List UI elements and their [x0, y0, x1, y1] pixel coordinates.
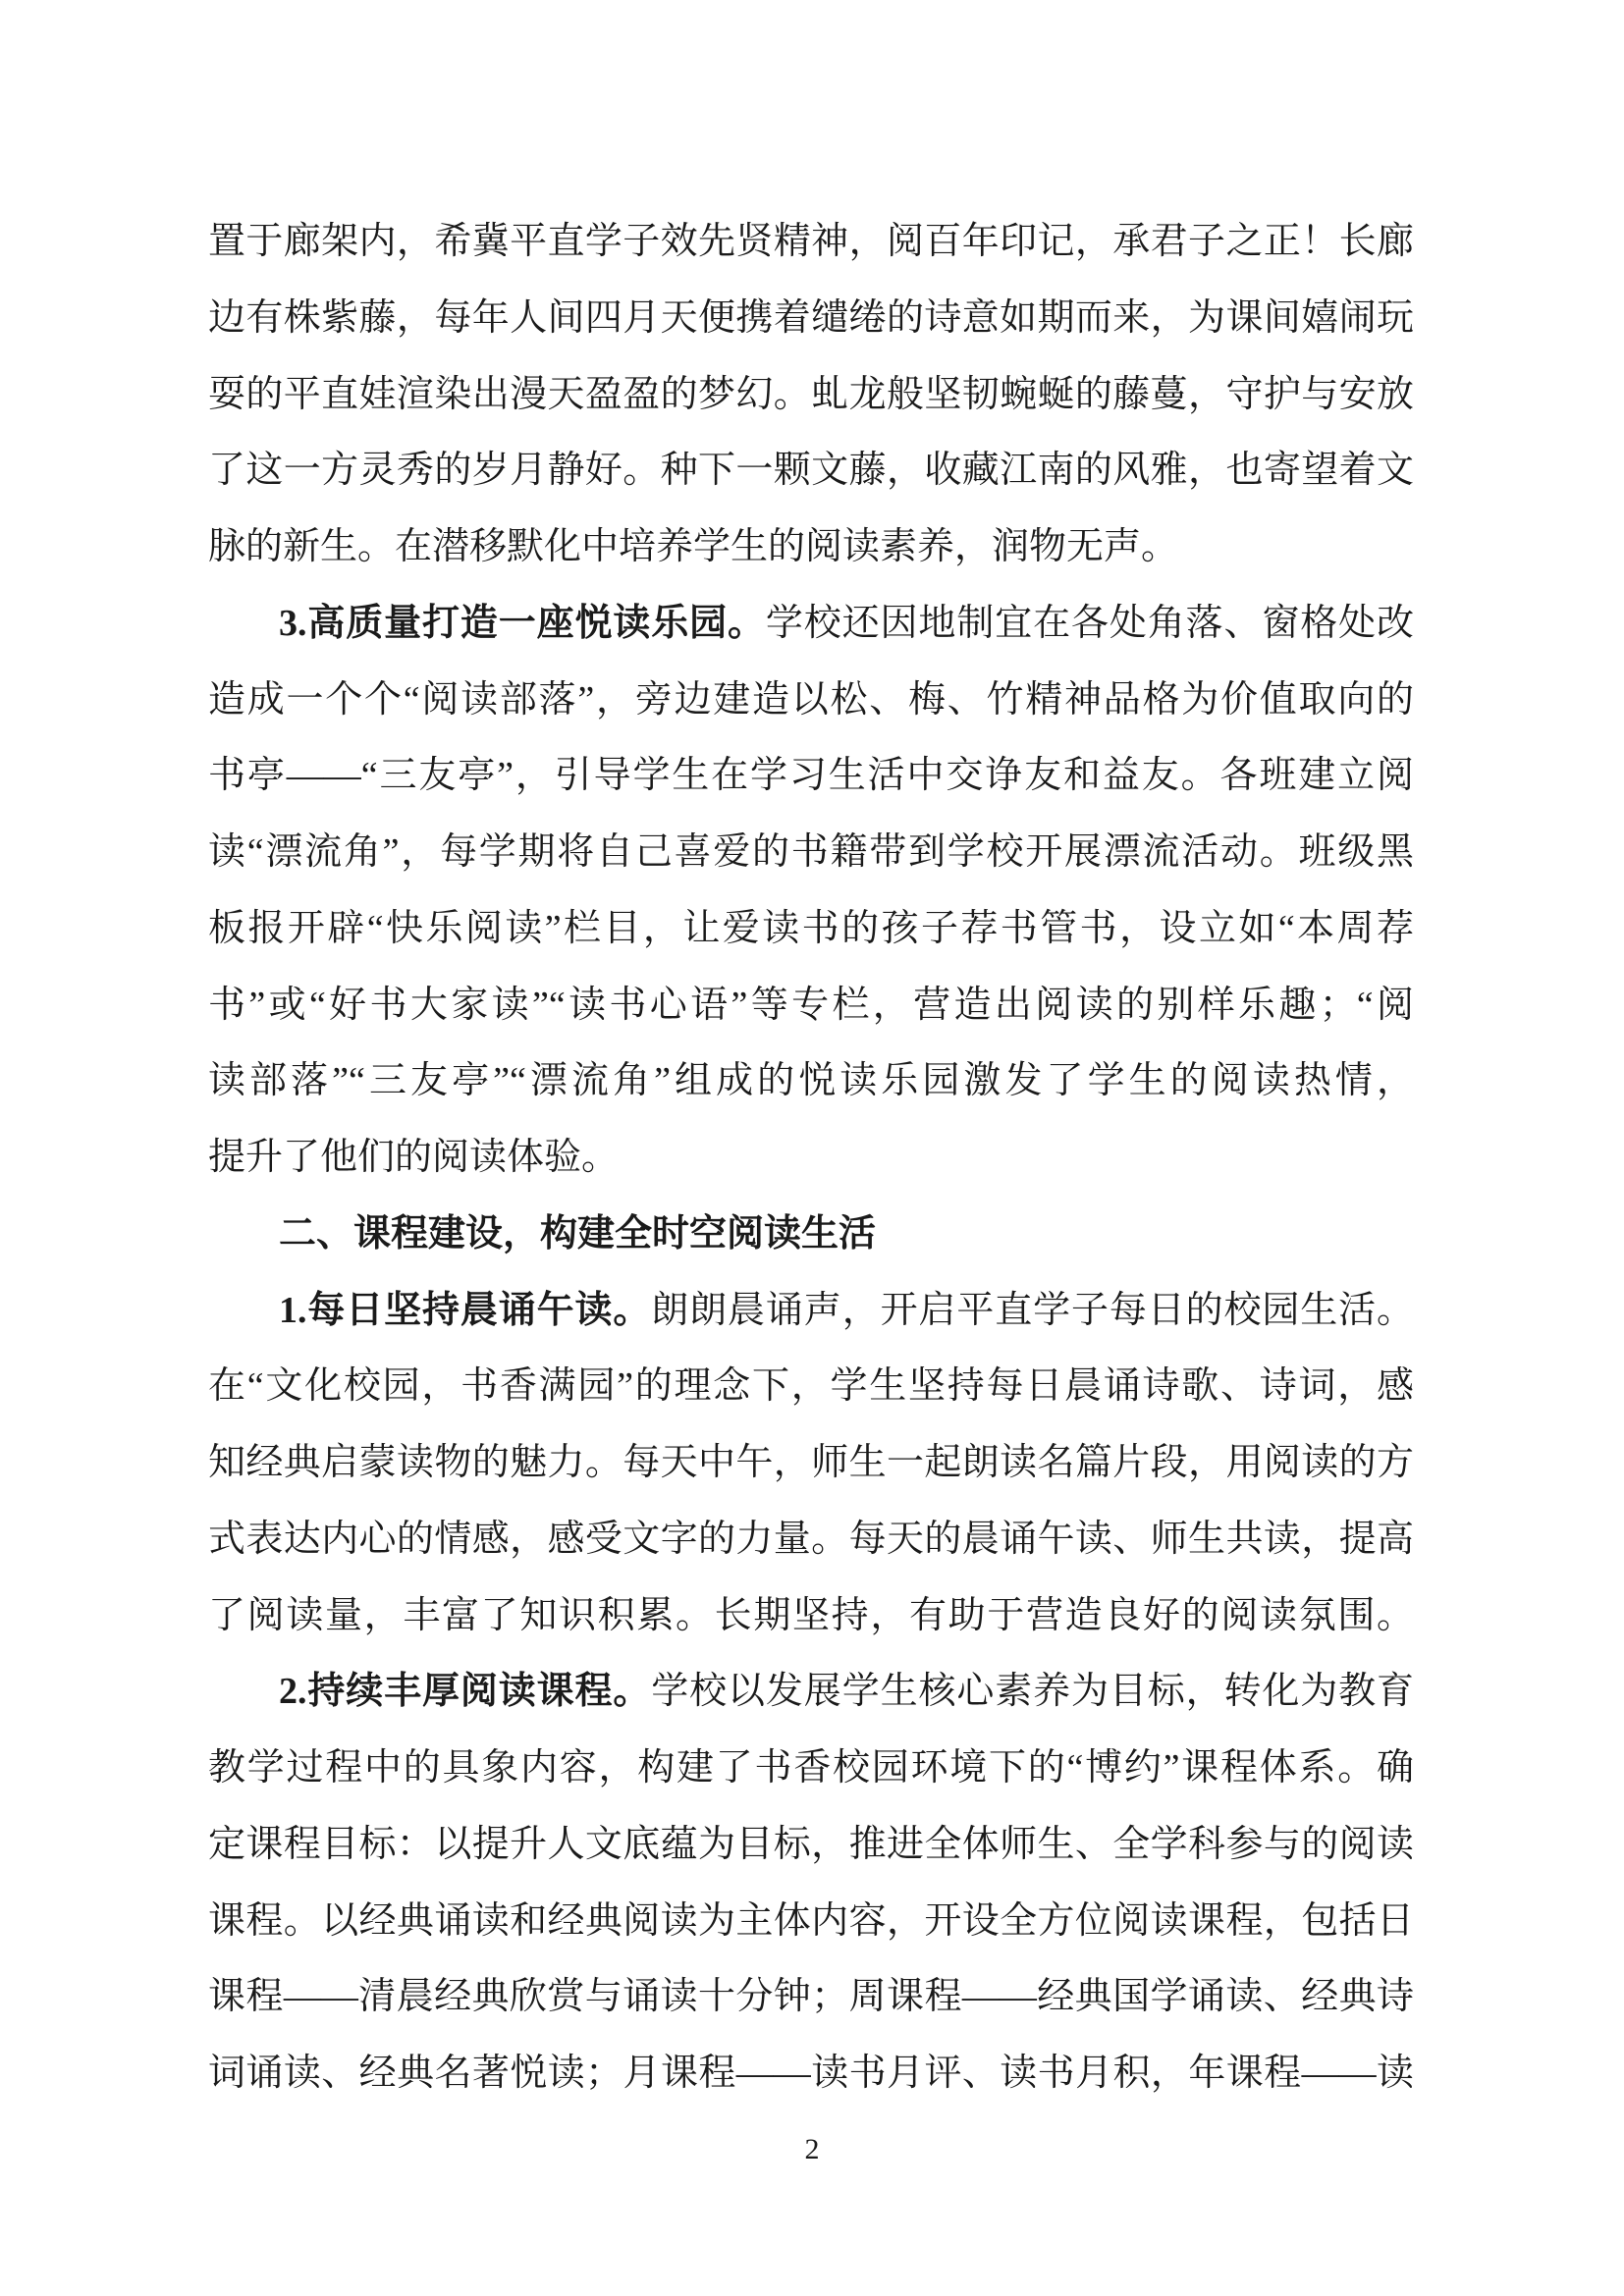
text-line: 知经典启蒙读物的魅力。每天中午，师生一起朗读名篇片段，用阅读的方 [208, 1425, 1414, 1502]
text-line: 书”或“好书大家读”“读书心语”等专栏，营造出阅读的别样乐趣；“阅 [208, 968, 1414, 1044]
text-segment: 边有株紫藤，每年人间四月天便携着缱绻的诗意如期而来，为课间嬉闹玩 [208, 297, 1414, 339]
text-segment: 了阅读量，丰富了知识积累。长期坚持，有助于营造良好的阅读氛围。 [208, 1595, 1414, 1636]
text-line: 在“文化校园，书香满园”的理念下，学生坚持每日晨诵诗歌、诗词，感 [208, 1349, 1414, 1425]
text-segment: 读“漂流角”，每学期将自己喜爱的书籍带到学校开展漂流活动。班级黑 [208, 831, 1414, 873]
text-line: 边有株紫藤，每年人间四月天便携着缱绻的诗意如期而来，为课间嬉闹玩 [208, 281, 1414, 357]
text-line: 课程。以经典诵读和经典阅读为主体内容，开设全方位阅读课程，包括日 [208, 1884, 1414, 1960]
text-segment: 造成一个个“阅读部落”，旁边建造以松、梅、竹精神品格为价值取向的 [208, 679, 1414, 721]
text-lines: 置于廊架内，希冀平直学子效先贤精神，阅百年印记，承君子之正！长廊边有株紫藤，每年… [208, 204, 1414, 2112]
text-line: 1.每日坚持晨诵午读。朗朗晨诵声，开启平直学子每日的校园生活。 [208, 1273, 1414, 1350]
bold-text-segment: 二、课程建设，构建全时空阅读生活 [279, 1213, 876, 1255]
text-segment: 知经典启蒙读物的魅力。每天中午，师生一起朗读名篇片段，用阅读的方 [208, 1442, 1414, 1483]
text-segment: 式表达内心的情感，感受文字的力量。每天的晨诵午读、师生共读，提高 [208, 1519, 1414, 1560]
text-segment: 教学过程中的具象内容，构建了书香校园环境下的“博约”课程体系。确 [208, 1747, 1414, 1789]
document-page: 置于廊架内，希冀平直学子效先贤精神，阅百年印记，承君子之正！长廊边有株紫藤，每年… [0, 0, 1624, 2296]
text-line: 式表达内心的情感，感受文字的力量。每天的晨诵午读、师生共读，提高 [208, 1502, 1414, 1578]
text-line: 课程——清晨经典欣赏与诵读十分钟；周课程——经典国学诵读、经典诗 [208, 1959, 1414, 2036]
text-segment: 提升了他们的阅读体验。 [208, 1137, 619, 1178]
text-line: 了这一方灵秀的岁月静好。种下一颗文藤，收藏江南的风雅，也寄望着文 [208, 433, 1414, 509]
text-segment: 学校还因地制宜在各处角落、窗格处改 [766, 603, 1414, 644]
text-line: 教学过程中的具象内容，构建了书香校园环境下的“博约”课程体系。确 [208, 1731, 1414, 1807]
text-line: 耍的平直娃渲染出漫天盈盈的梦幻。虬龙般坚韧蜿蜒的藤蔓，守护与安放 [208, 357, 1414, 434]
text-line: 读“漂流角”，每学期将自己喜爱的书籍带到学校开展漂流活动。班级黑 [208, 815, 1414, 891]
text-line: 读部落”“三友亭”“漂流角”组成的悦读乐园激发了学生的阅读热情， [208, 1043, 1414, 1120]
text-segment: 朗朗晨诵声，开启平直学子每日的校园生活。 [651, 1290, 1414, 1331]
text-segment: 课程——清晨经典欣赏与诵读十分钟；周课程——经典国学诵读、经典诗 [208, 1976, 1414, 2017]
text-line: 词诵读、经典名著悦读；月课程——读书月评、读书月积，年课程——读 [208, 2036, 1414, 2112]
text-line: 3.高质量打造一座悦读乐园。学校还因地制宜在各处角落、窗格处改 [208, 586, 1414, 663]
text-segment: 书”或“好书大家读”“读书心语”等专栏，营造出阅读的别样乐趣；“阅 [208, 985, 1414, 1026]
text-segment: 课程。以经典诵读和经典阅读为主体内容，开设全方位阅读课程，包括日 [208, 1900, 1414, 1942]
bold-text-segment: 3.高质量打造一座悦读乐园。 [279, 603, 766, 644]
text-segment: 读部落”“三友亭”“漂流角”组成的悦读乐园激发了学生的阅读热情， [208, 1060, 1414, 1101]
text-segment: 板报开辟“快乐阅读”栏目，让爱读书的孩子荐书管书，设立如“本周荐 [208, 908, 1414, 949]
text-line: 了阅读量，丰富了知识积累。长期坚持，有助于营造良好的阅读氛围。 [208, 1578, 1414, 1655]
text-segment: 定课程目标：以提升人文底蕴为目标，推进全体师生、全学科参与的阅读 [208, 1824, 1414, 1865]
text-line: 板报开辟“快乐阅读”栏目，让爱读书的孩子荐书管书，设立如“本周荐 [208, 891, 1414, 968]
text-segment: 学校以发展学生核心素养为目标，转化为教育 [651, 1671, 1414, 1712]
text-segment: 书亭——“三友亭”，引导学生在学习生活中交诤友和益友。各班建立阅 [208, 755, 1414, 796]
text-line: 2.持续丰厚阅读课程。学校以发展学生核心素养为目标，转化为教育 [208, 1654, 1414, 1731]
bold-text-segment: 2.持续丰厚阅读课程。 [279, 1671, 651, 1712]
text-line: 提升了他们的阅读体验。 [208, 1120, 1414, 1197]
page-number: 2 [0, 2132, 1624, 2167]
text-line: 二、课程建设，构建全时空阅读生活 [208, 1197, 1414, 1273]
text-line: 脉的新生。在潜移默化中培养学生的阅读素养，润物无声。 [208, 509, 1414, 586]
text-segment: 词诵读、经典名著悦读；月课程——读书月评、读书月积，年课程——读 [208, 2053, 1414, 2094]
text-line: 置于廊架内，希冀平直学子效先贤精神，阅百年印记，承君子之正！长廊 [208, 204, 1414, 281]
text-line: 造成一个个“阅读部落”，旁边建造以松、梅、竹精神品格为价值取向的 [208, 663, 1414, 739]
text-line: 书亭——“三友亭”，引导学生在学习生活中交诤友和益友。各班建立阅 [208, 738, 1414, 815]
text-segment: 了这一方灵秀的岁月静好。种下一颗文藤，收藏江南的风雅，也寄望着文 [208, 450, 1414, 491]
text-segment: 置于廊架内，希冀平直学子效先贤精神，阅百年印记，承君子之正！长廊 [208, 221, 1414, 262]
text-segment: 在“文化校园，书香满园”的理念下，学生坚持每日晨诵诗歌、诗词，感 [208, 1365, 1414, 1407]
bold-text-segment: 1.每日坚持晨诵午读。 [279, 1290, 651, 1331]
text-segment: 脉的新生。在潜移默化中培养学生的阅读素养，润物无声。 [208, 526, 1178, 567]
text-line: 定课程目标：以提升人文底蕴为目标，推进全体师生、全学科参与的阅读 [208, 1807, 1414, 1884]
text-segment: 耍的平直娃渲染出漫天盈盈的梦幻。虬龙般坚韧蜿蜒的藤蔓，守护与安放 [208, 374, 1414, 415]
